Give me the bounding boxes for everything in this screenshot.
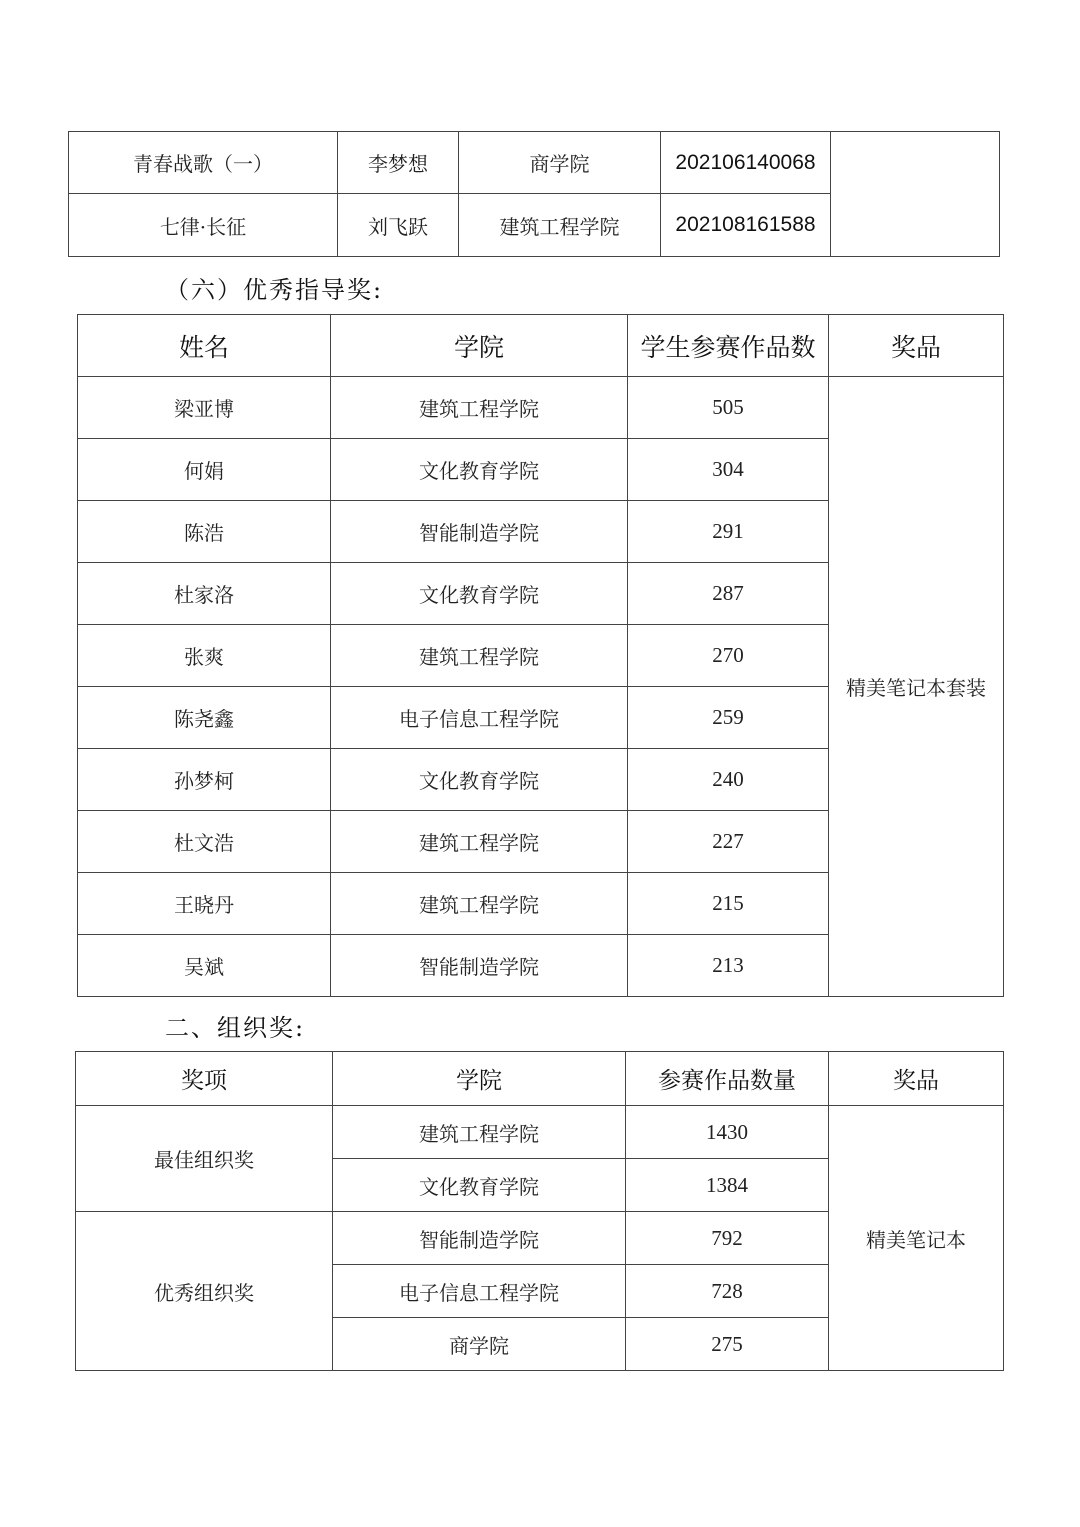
college-name: 文化教育学院 [331,439,628,501]
organization-award-table: 奖项 学院 参赛作品数量 奖品 最佳组织奖 建筑工程学院 1430 精美笔记本 … [75,1051,1004,1371]
work-count: 304 [628,439,829,501]
advisor-name: 何娟 [78,439,331,501]
advisor-award-table: 姓名 学院 学生参赛作品数 奖品 梁亚博 建筑工程学院 505 精美笔记本套装 … [77,314,1004,997]
college-name: 建筑工程学院 [331,625,628,687]
award-name: 最佳组织奖 [76,1106,333,1212]
work-count: 259 [628,687,829,749]
header-college: 学院 [333,1052,626,1106]
work-count: 213 [628,935,829,997]
work-count: 792 [626,1212,829,1265]
header-count: 学生参赛作品数 [628,315,829,377]
header-college: 学院 [331,315,628,377]
header-count: 参赛作品数量 [626,1052,829,1106]
works-table-continued: 青春战歌（一） 李梦想 商学院 202106140068 七律·长征 刘飞跃 建… [68,131,1000,257]
work-count: 227 [628,811,829,873]
college-name: 建筑工程学院 [459,194,661,257]
college-name: 文化教育学院 [331,563,628,625]
table-header-row: 奖项 学院 参赛作品数量 奖品 [76,1052,1004,1106]
author-name: 刘飞跃 [338,194,459,257]
college-name: 建筑工程学院 [331,377,628,439]
college-name: 文化教育学院 [331,749,628,811]
prize-cell: 精美笔记本套装 [829,377,1004,997]
author-name: 李梦想 [338,132,459,194]
college-name: 智能制造学院 [333,1212,626,1265]
college-name: 电子信息工程学院 [331,687,628,749]
work-count: 287 [628,563,829,625]
advisor-name: 陈浩 [78,501,331,563]
college-name: 建筑工程学院 [331,811,628,873]
table-header-row: 姓名 学院 学生参赛作品数 奖品 [78,315,1004,377]
section-title-organization-award: 二、组织奖: [165,1008,305,1043]
college-name: 智能制造学院 [331,935,628,997]
advisor-name: 陈尧鑫 [78,687,331,749]
work-count: 728 [626,1265,829,1318]
header-prize: 奖品 [829,315,1004,377]
table-row: 梁亚博 建筑工程学院 505 精美笔记本套装 [78,377,1004,439]
work-count: 1430 [626,1106,829,1159]
work-count: 240 [628,749,829,811]
advisor-name: 张爽 [78,625,331,687]
award-name: 优秀组织奖 [76,1212,333,1371]
advisor-name: 梁亚博 [78,377,331,439]
advisor-name: 杜文浩 [78,811,331,873]
work-count: 291 [628,501,829,563]
table-row: 最佳组织奖 建筑工程学院 1430 精美笔记本 [76,1106,1004,1159]
college-name: 建筑工程学院 [331,873,628,935]
college-name: 建筑工程学院 [333,1106,626,1159]
student-id: 202106140068 [661,132,831,194]
work-title: 青春战歌（一） [69,132,338,194]
advisor-name: 吴斌 [78,935,331,997]
work-count: 215 [628,873,829,935]
college-name: 电子信息工程学院 [333,1265,626,1318]
section-title-advisor-award: （六）优秀指导奖: [165,270,383,305]
advisor-name: 孙梦柯 [78,749,331,811]
college-name: 文化教育学院 [333,1159,626,1212]
student-id: 202108161588 [661,194,831,257]
header-award: 奖项 [76,1052,333,1106]
work-count: 1384 [626,1159,829,1212]
college-name: 商学院 [333,1318,626,1371]
advisor-name: 杜家洛 [78,563,331,625]
prize-cell: 精美笔记本 [829,1106,1004,1371]
prize-cell [831,132,1000,257]
advisor-name: 王晓丹 [78,873,331,935]
college-name: 智能制造学院 [331,501,628,563]
header-prize: 奖品 [829,1052,1004,1106]
table-row: 青春战歌（一） 李梦想 商学院 202106140068 [69,132,1000,194]
work-title: 七律·长征 [69,194,338,257]
college-name: 商学院 [459,132,661,194]
header-name: 姓名 [78,315,331,377]
work-count: 270 [628,625,829,687]
work-count: 505 [628,377,829,439]
work-count: 275 [626,1318,829,1371]
